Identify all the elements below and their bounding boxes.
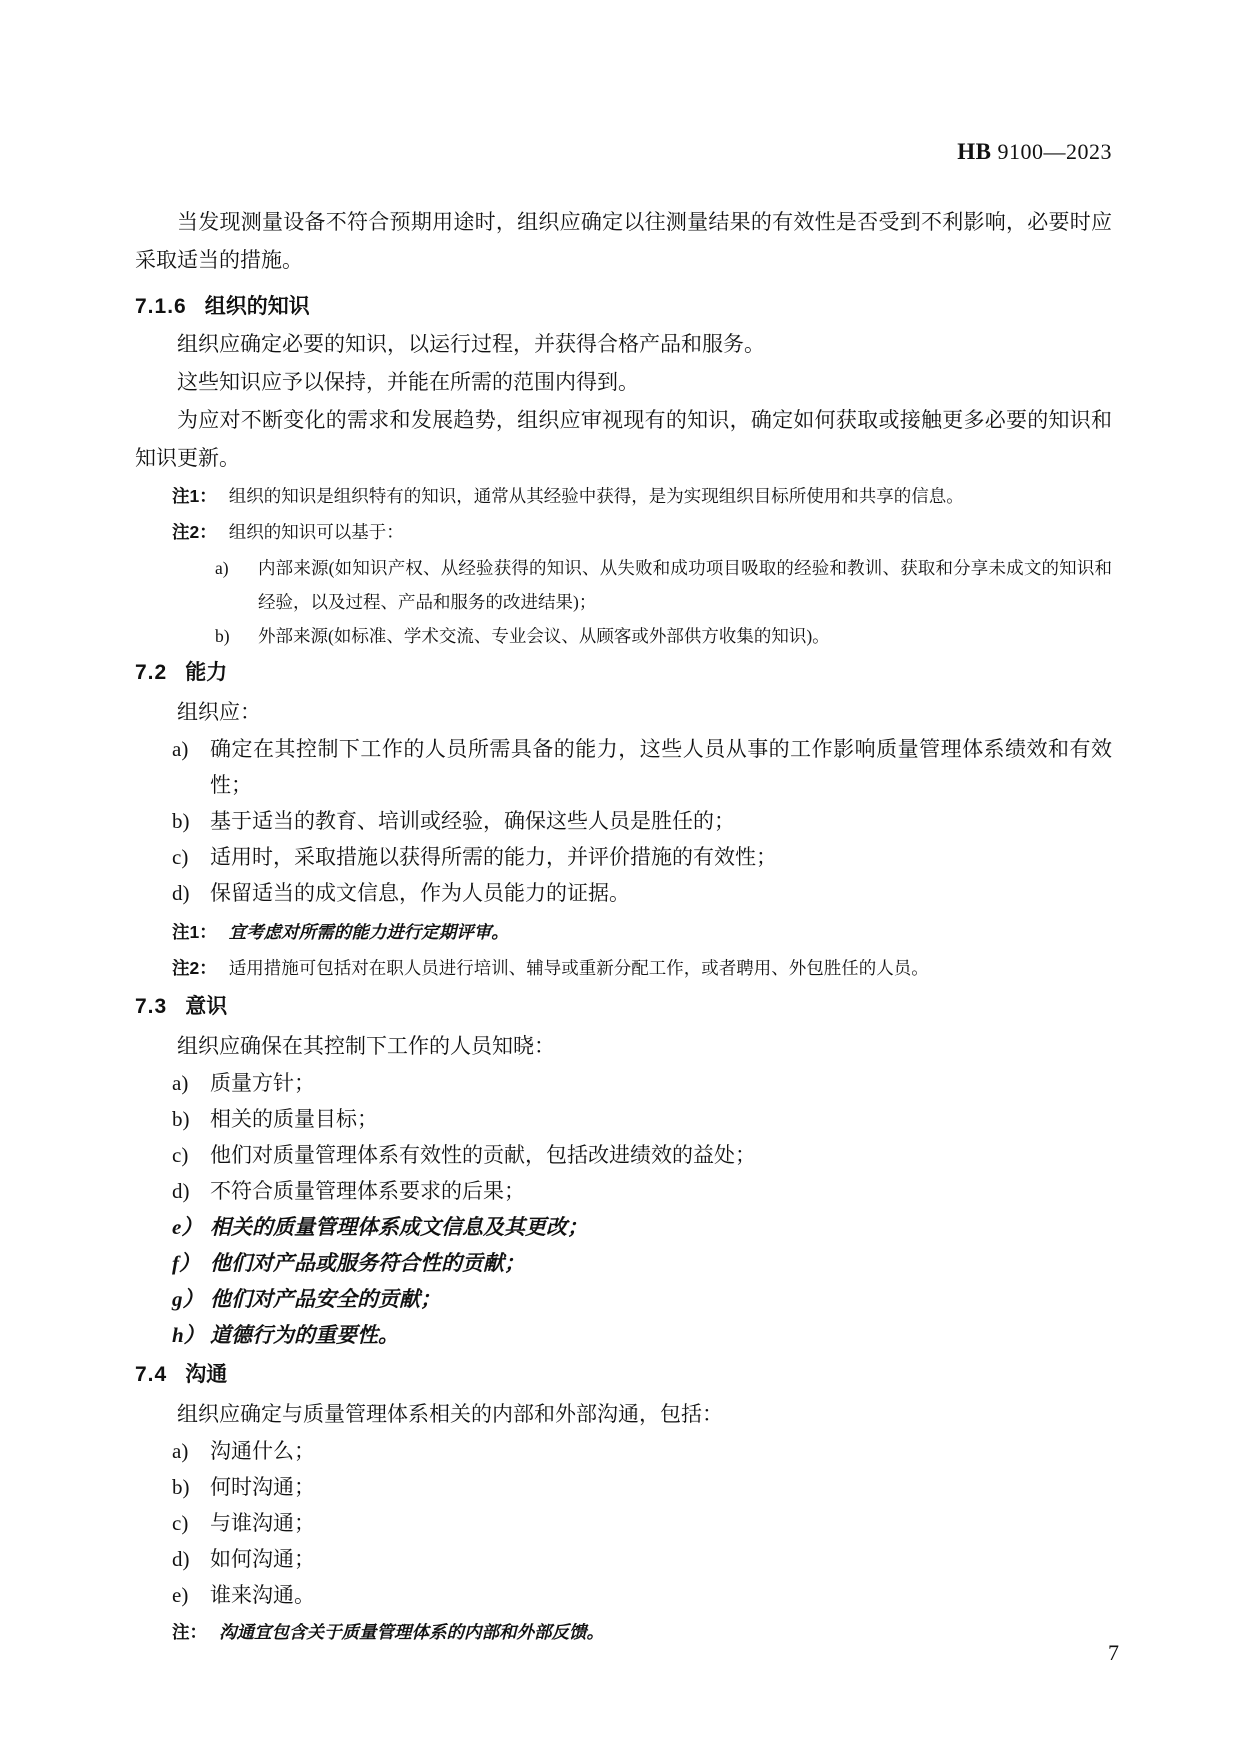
list-marker: d): [172, 1173, 210, 1209]
section-7-2-notes: 注1： 宜考虑对所需的能力进行定期评审。 注2： 适用措施可包括对在职人员进行培…: [135, 915, 1112, 985]
list-marker: c): [172, 1505, 210, 1541]
section-number: 7.2: [135, 659, 167, 687]
note-text: 宜考虑对所需的能力进行定期评审。: [229, 915, 1112, 949]
note-1: 注1： 组织的知识是组织特有的知识，通常从其经验中获得，是为实现组织目标所使用和…: [135, 479, 1112, 513]
list-marker: a): [215, 551, 258, 619]
list-item-text: 如何沟通；: [210, 1541, 1112, 1577]
note-1: 注1： 宜考虑对所需的能力进行定期评审。: [135, 915, 1112, 949]
list-item-text: 基于适当的教育、培训或经验，确保这些人员是胜任的；: [210, 803, 1112, 839]
note-2: 注2： 适用措施可包括对在职人员进行培训、辅导或重新分配工作，或者聘用、外包胜任…: [135, 951, 1112, 985]
note-text: 组织的知识是组织特有的知识，通常从其经验中获得，是为实现组织目标所使用和共享的信…: [229, 479, 1112, 513]
list-item: d) 如何沟通；: [135, 1541, 1112, 1577]
opening-paragraph: 当发现测量设备不符合预期用途时，组织应确定以往测量结果的有效性是否受到不利影响，…: [135, 203, 1112, 279]
section-title: 能力: [185, 659, 227, 687]
list-marker: b): [172, 803, 210, 839]
note-text: 适用措施可包括对在职人员进行培训、辅导或重新分配工作，或者聘用、外包胜任的人员。: [229, 951, 1112, 985]
list-item-text: 道德行为的重要性。: [210, 1317, 1112, 1353]
list-marker: a): [172, 1433, 210, 1469]
section-number: 7.3: [135, 993, 167, 1021]
list-item: b) 基于适当的教育、培训或经验，确保这些人员是胜任的；: [135, 803, 1112, 839]
note-label: 注2：: [172, 515, 217, 549]
section-title: 组织的知识: [205, 293, 310, 321]
section-title: 意识: [185, 993, 227, 1021]
section-number: 7.1.6: [135, 293, 187, 321]
list-item: b) 相关的质量目标；: [135, 1101, 1112, 1137]
list-item: a) 确定在其控制下工作的人员所需具备的能力，这些人员从事的工作影响质量管理体系…: [135, 731, 1112, 803]
list-marker: d): [172, 875, 210, 911]
list-item: c) 与谁沟通；: [135, 1505, 1112, 1541]
section-number: 7.4: [135, 1361, 167, 1389]
note-2-sublist: a) 内部来源(如知识产权、从经验获得的知识、从失败和成功项目吸取的经验和教训、…: [135, 551, 1112, 653]
list-item-text: 内部来源(如知识产权、从经验获得的知识、从失败和成功项目吸取的经验和教训、获取和…: [258, 551, 1112, 619]
list-item: a) 内部来源(如知识产权、从经验获得的知识、从失败和成功项目吸取的经验和教训、…: [135, 551, 1112, 619]
list-item: b) 何时沟通；: [135, 1469, 1112, 1505]
section-7-4-intro: 组织应确定与质量管理体系相关的内部和外部沟通，包括：: [135, 1395, 1112, 1433]
list-item-emphasized: e） 相关的质量管理体系成文信息及其更改；: [135, 1209, 1112, 1245]
note-label: 注2：: [172, 951, 217, 985]
list-item: a) 沟通什么；: [135, 1433, 1112, 1469]
list-item: c) 适用时，采取措施以获得所需的能力，并评价措施的有效性；: [135, 839, 1112, 875]
list-marker: h）: [172, 1317, 210, 1353]
list-item-text: 他们对产品或服务符合性的贡献；: [210, 1245, 1112, 1281]
list-marker: g）: [172, 1281, 210, 1317]
section-heading-7-1-6: 7.1.6 组织的知识: [135, 293, 1112, 321]
list-item-text: 质量方针；: [210, 1065, 1112, 1101]
section-heading-7-4: 7.4 沟通: [135, 1361, 1112, 1389]
note-label: 注：: [172, 1615, 207, 1649]
list-marker: b): [172, 1101, 210, 1137]
list-item-text: 相关的质量管理体系成文信息及其更改；: [210, 1209, 1112, 1245]
list-marker: b): [215, 619, 258, 653]
list-item-emphasized: h） 道德行为的重要性。: [135, 1317, 1112, 1353]
document-page: HB9100—2023 当发现测量设备不符合预期用途时，组织应确定以往测量结果的…: [0, 0, 1241, 1755]
list-marker: e): [172, 1577, 210, 1613]
section-7-3-list: a) 质量方针； b) 相关的质量目标； c) 他们对质量管理体系有效性的贡献，…: [135, 1065, 1112, 1353]
list-marker: c): [172, 1137, 210, 1173]
list-item: e) 谁来沟通。: [135, 1577, 1112, 1613]
list-marker: a): [172, 731, 210, 803]
list-item-text: 不符合质量管理体系要求的后果；: [210, 1173, 1112, 1209]
note-label: 注1：: [172, 915, 217, 949]
list-item: b) 外部来源(如标准、学术交流、专业会议、从顾客或外部供方收集的知识)。: [135, 619, 1112, 653]
section-7-3-intro: 组织应确保在其控制下工作的人员知晓：: [135, 1027, 1112, 1065]
section-heading-7-3: 7.3 意识: [135, 993, 1112, 1021]
list-marker: d): [172, 1541, 210, 1577]
section-heading-7-2: 7.2 能力: [135, 659, 1112, 687]
list-item: d) 保留适当的成文信息，作为人员能力的证据。: [135, 875, 1112, 911]
list-item-text: 何时沟通；: [210, 1469, 1112, 1505]
list-item: a) 质量方针；: [135, 1065, 1112, 1101]
list-item-text: 与谁沟通；: [210, 1505, 1112, 1541]
paragraph: 这些知识应予以保持，并能在所需的范围内得到。: [135, 363, 1112, 401]
section-7-4-note: 注： 沟通宜包含关于质量管理体系的内部和外部反馈。: [135, 1615, 1112, 1649]
section-7-1-6-body: 组织应确定必要的知识，以运行过程，并获得合格产品和服务。 这些知识应予以保持，并…: [135, 325, 1112, 477]
list-marker: a): [172, 1065, 210, 1101]
list-item-text: 保留适当的成文信息，作为人员能力的证据。: [210, 875, 1112, 911]
list-item-text: 他们对质量管理体系有效性的贡献，包括改进绩效的益处；: [210, 1137, 1112, 1173]
section-7-4-list: a) 沟通什么； b) 何时沟通； c) 与谁沟通； d) 如何沟通； e) 谁…: [135, 1433, 1112, 1613]
standard-code-prefix: HB: [957, 139, 991, 164]
list-item-text: 相关的质量目标；: [210, 1101, 1112, 1137]
list-item-text: 适用时，采取措施以获得所需的能力，并评价措施的有效性；: [210, 839, 1112, 875]
list-item-text: 谁来沟通。: [210, 1577, 1112, 1613]
page-header: HB9100—2023: [135, 137, 1112, 167]
list-item-text: 确定在其控制下工作的人员所需具备的能力，这些人员从事的工作影响质量管理体系绩效和…: [210, 731, 1112, 803]
note-text: 组织的知识可以基于：: [229, 515, 1112, 549]
note-text: 沟通宜包含关于质量管理体系的内部和外部反馈。: [219, 1615, 1112, 1649]
note-label: 注1：: [172, 479, 217, 513]
paragraph: 为应对不断变化的需求和发展趋势，组织应审视现有的知识，确定如何获取或接触更多必要…: [135, 401, 1112, 477]
page-number: 7: [1108, 1640, 1119, 1666]
list-marker: b): [172, 1469, 210, 1505]
section-title: 沟通: [185, 1361, 227, 1389]
section-7-2-list: a) 确定在其控制下工作的人员所需具备的能力，这些人员从事的工作影响质量管理体系…: [135, 731, 1112, 911]
list-marker: c): [172, 839, 210, 875]
list-item: c) 他们对质量管理体系有效性的贡献，包括改进绩效的益处；: [135, 1137, 1112, 1173]
list-item-emphasized: f） 他们对产品或服务符合性的贡献；: [135, 1245, 1112, 1281]
standard-code-number: 9100—2023: [998, 139, 1113, 164]
list-item-emphasized: g） 他们对产品安全的贡献；: [135, 1281, 1112, 1317]
list-item-text: 外部来源(如标准、学术交流、专业会议、从顾客或外部供方收集的知识)。: [258, 619, 1112, 653]
list-marker: e）: [172, 1209, 210, 1245]
note-2: 注2： 组织的知识可以基于：: [135, 515, 1112, 549]
paragraph: 组织应确定必要的知识，以运行过程，并获得合格产品和服务。: [135, 325, 1112, 363]
list-item-text: 他们对产品安全的贡献；: [210, 1281, 1112, 1317]
section-7-2-intro: 组织应：: [135, 693, 1112, 731]
list-item: d) 不符合质量管理体系要求的后果；: [135, 1173, 1112, 1209]
section-7-1-6-notes: 注1： 组织的知识是组织特有的知识，通常从其经验中获得，是为实现组织目标所使用和…: [135, 479, 1112, 653]
list-item-text: 沟通什么；: [210, 1433, 1112, 1469]
list-marker: f）: [172, 1245, 210, 1281]
